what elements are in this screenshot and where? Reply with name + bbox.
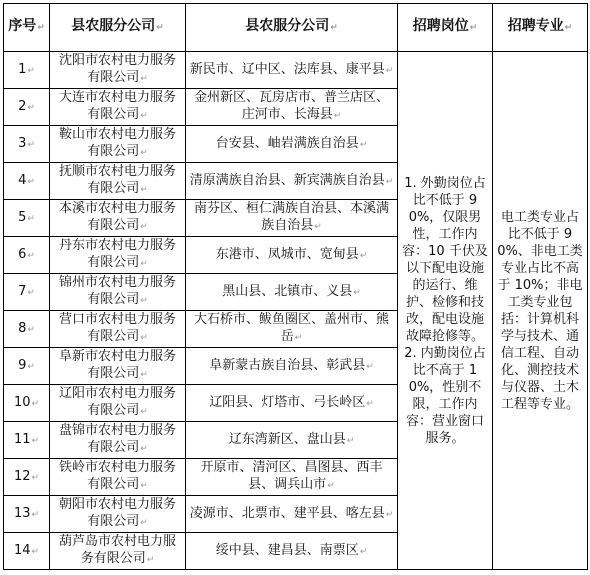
row-index: 2↵ bbox=[4, 89, 50, 126]
header-areas: 县农服分公司↵ bbox=[186, 4, 398, 52]
row-areas: 大石桥市、鲅鱼圈区、盖州市、熊岳↵ bbox=[186, 311, 398, 348]
row-areas: 辽东湾新区、盘山县↵ bbox=[186, 422, 398, 459]
row-index: 11↵ bbox=[4, 422, 50, 459]
row-company: 鞍山市农村电力服务有限公司↵ bbox=[50, 126, 186, 163]
recruitment-table: 序号↵ 县农服分公司↵ 县农服分公司↵ 招聘岗位↵ 招聘专业↵ 1↵ 沈阳市农村… bbox=[3, 3, 588, 570]
row-areas: 绥中县、建昌县、南票区↵ bbox=[186, 533, 398, 570]
row-company: 阜新市农村电力服务有限公司↵ bbox=[50, 348, 186, 385]
header-post: 招聘岗位↵ bbox=[398, 4, 493, 52]
row-areas: 开原市、清河区、昌图县、西丰县、调兵山市↵ bbox=[186, 459, 398, 496]
row-company: 沈阳市农村电力服务有限公司↵ bbox=[50, 52, 186, 89]
row-company: 铁岭市农村电力服务有限公司↵ bbox=[50, 459, 186, 496]
header-company: 县农服分公司↵ bbox=[50, 4, 186, 52]
row-company: 朝阳市农村电力服务有限公司↵ bbox=[50, 496, 186, 533]
row-index: 4↵ bbox=[4, 163, 50, 200]
paragraph-mark-icon: ↵ bbox=[330, 23, 338, 33]
row-areas: 新民市、辽中区、法库县、康平县↵ bbox=[186, 52, 398, 89]
row-areas: 东港市、凤城市、宽甸县↵ bbox=[186, 237, 398, 274]
row-index: 7↵ bbox=[4, 274, 50, 311]
row-areas: 金州新区、瓦房店市、普兰店区、庄河市、长海县↵ bbox=[186, 89, 398, 126]
row-areas: 阜新蒙古族自治县、彰武县↵ bbox=[186, 348, 398, 385]
row-index: 3↵ bbox=[4, 126, 50, 163]
row-index: 14↵ bbox=[4, 533, 50, 570]
row-company: 锦州市农村电力服务有限公司↵ bbox=[50, 274, 186, 311]
post-requirements-cell: 1. 外勤岗位占比不低于 90%，仅限男性，工作内容：10 千伏及以下配电设施的… bbox=[398, 52, 493, 570]
row-index: 10↵ bbox=[4, 385, 50, 422]
major-requirement-text: 电工类专业占比不低于 90%、非电工类专业占比不高于 10%；非电工类专业包括：… bbox=[496, 209, 584, 413]
table-row: 1↵ 沈阳市农村电力服务有限公司↵ 新民市、辽中区、法库县、康平县↵ 1. 外勤… bbox=[4, 52, 588, 89]
paragraph-mark-icon: ↵ bbox=[37, 23, 45, 33]
row-areas: 黑山县、北镇市、义县↵ bbox=[186, 274, 398, 311]
row-company: 丹东市农村电力服务有限公司↵ bbox=[50, 237, 186, 274]
row-areas: 清原满族自治县、新宾满族自治县↵ bbox=[186, 163, 398, 200]
row-areas: 台安县、岫岩满族自治县↵ bbox=[186, 126, 398, 163]
row-index: 5↵ bbox=[4, 200, 50, 237]
row-company: 抚顺市农村电力服务有限公司↵ bbox=[50, 163, 186, 200]
row-company: 辽阳市农村电力服务有限公司↵ bbox=[50, 385, 186, 422]
header-major: 招聘专业↵ bbox=[493, 4, 588, 52]
post-requirement-item-1: 1. 外勤岗位占比不低于 90%，仅限男性，工作内容：10 千伏及以下配电设施的… bbox=[401, 175, 489, 345]
row-areas: 南芬区、桓仁满族自治县、本溪满族自治县↵ bbox=[186, 200, 398, 237]
paragraph-mark-icon: ↵ bbox=[565, 23, 573, 33]
row-company: 营口市农村电力服务有限公司↵ bbox=[50, 311, 186, 348]
table-header-row: 序号↵ 县农服分公司↵ 县农服分公司↵ 招聘岗位↵ 招聘专业↵ bbox=[4, 4, 588, 52]
row-index: 13↵ bbox=[4, 496, 50, 533]
row-index: 6↵ bbox=[4, 237, 50, 274]
row-areas: 辽阳县、灯塔市、弓长岭区↵ bbox=[186, 385, 398, 422]
header-index: 序号↵ bbox=[4, 4, 50, 52]
row-company: 大连市农村电力服务有限公司↵ bbox=[50, 89, 186, 126]
row-company: 葫芦岛市农村电力服务有限公司↵ bbox=[50, 533, 186, 570]
major-requirements-cell: 电工类专业占比不低于 90%、非电工类专业占比不高于 10%；非电工类专业包括：… bbox=[493, 52, 588, 570]
row-index: 12↵ bbox=[4, 459, 50, 496]
row-index: 1↵ bbox=[4, 52, 50, 89]
row-company: 盘锦市农村电力服务有限公司↵ bbox=[50, 422, 186, 459]
paragraph-mark-icon: ↵ bbox=[470, 23, 478, 33]
row-company: 本溪市农村电力服务有限公司↵ bbox=[50, 200, 186, 237]
post-requirement-item-2: 2. 内勤岗位占比不高于 10%，性别不限，工作内容：营业窗口服务。 bbox=[401, 345, 489, 447]
row-index: 8↵ bbox=[4, 311, 50, 348]
row-areas: 凌源市、北票市、建平县、喀左县↵ bbox=[186, 496, 398, 533]
paragraph-mark-icon: ↵ bbox=[156, 23, 164, 33]
row-index: 9↵ bbox=[4, 348, 50, 385]
